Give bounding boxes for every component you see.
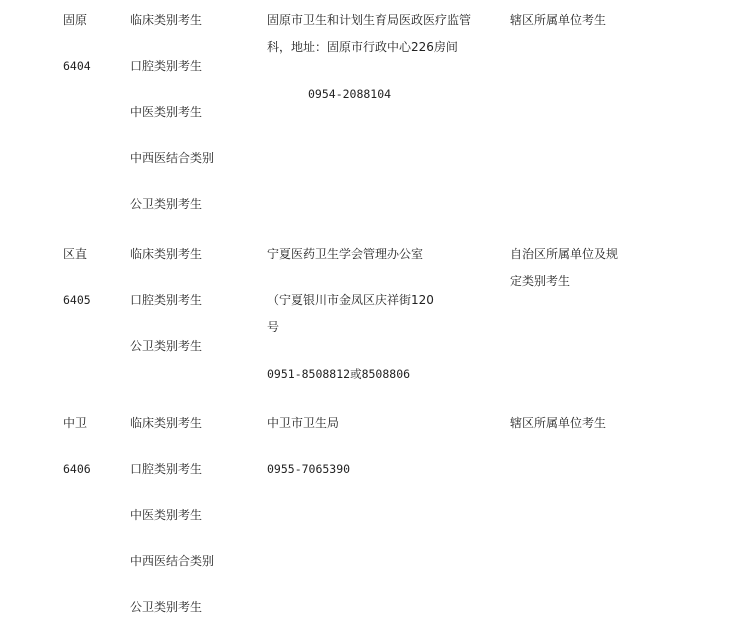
category-item: 临床类别考生 [130, 247, 202, 261]
office-address-line: 中卫市卫生局 [267, 416, 339, 430]
category-item: 中西医结合类别 [130, 151, 214, 165]
region-code: 6404 [63, 59, 91, 73]
region-name: 区直 [63, 247, 87, 261]
region-code: 6405 [63, 293, 91, 307]
office-address-line: 固原市卫生和计划生育局医政医疗监管 [267, 13, 471, 27]
category-item: 公卫类别考生 [130, 600, 202, 614]
category-item: 中医类别考生 [130, 508, 202, 522]
office-address-line: （宁夏银川市金凤区庆祥街120 [267, 293, 434, 307]
category-item: 公卫类别考生 [130, 339, 202, 353]
office-phone: 0951-8508812或8508806 [267, 367, 410, 381]
scope-line: 辖区所属单位考生 [510, 416, 606, 430]
category-item: 中西医结合类别 [130, 554, 214, 568]
region-name: 固原 [63, 13, 87, 27]
category-item: 中医类别考生 [130, 105, 202, 119]
category-item: 临床类别考生 [130, 416, 202, 430]
category-item: 口腔类别考生 [130, 59, 202, 73]
office-address-line: 宁夏医药卫生学会管理办公室 [267, 247, 423, 261]
region-name: 中卫 [63, 416, 87, 430]
office-address-line: 科，地址：固原市行政中心226房间 [267, 40, 458, 54]
office-phone: 0954-2088104 [308, 87, 391, 101]
region-code: 6406 [63, 462, 91, 476]
scope-line: 辖区所属单位考生 [510, 13, 606, 27]
category-item: 临床类别考生 [130, 13, 202, 27]
scope-line: 定类别考生 [510, 274, 570, 288]
category-item: 口腔类别考生 [130, 462, 202, 476]
category-item: 公卫类别考生 [130, 197, 202, 211]
office-phone: 0955-7065390 [267, 462, 350, 476]
scope-line: 自治区所属单位及规 [510, 247, 618, 261]
category-item: 口腔类别考生 [130, 293, 202, 307]
office-address-line: 号 [267, 320, 279, 334]
